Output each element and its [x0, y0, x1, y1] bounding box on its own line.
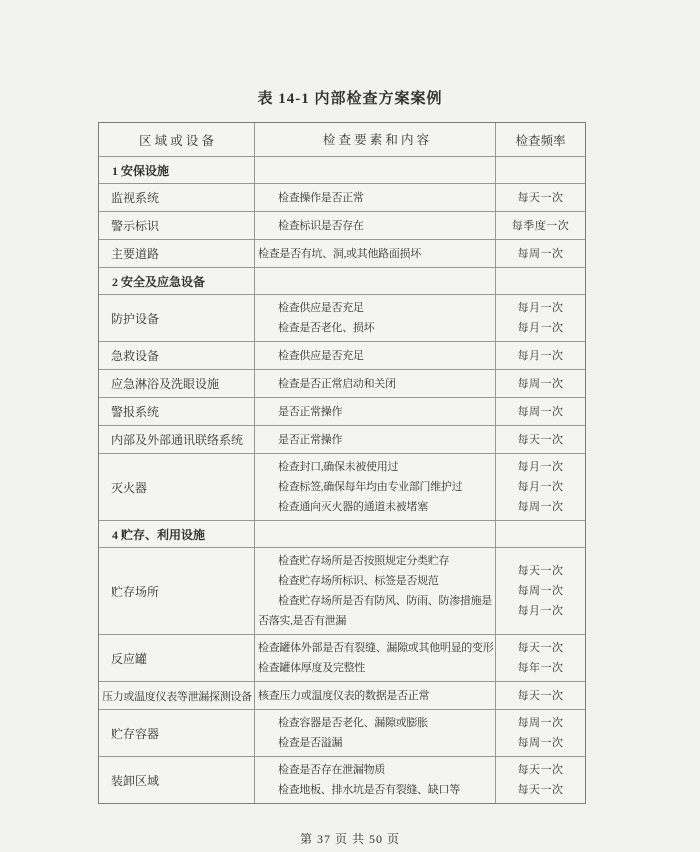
- frequency-line: 每季度一次: [512, 216, 570, 236]
- header-cell-content: 检 查 要 素 和 内 容: [323, 130, 429, 150]
- content-cell: 检查供应是否充足检查是否老化、损坏: [255, 295, 496, 341]
- frequency-line: 每周一次: [518, 581, 564, 601]
- content-cell: 检查封口,确保未被使用过检查标签,确保每年均由专业部门维护过检查通向灭火器的通道…: [255, 454, 496, 520]
- table-row: 贮存场所检查贮存场所是否按照规定分类贮存检查贮存场所标识、标签是否规范检查贮存场…: [99, 547, 585, 634]
- header-cell-frequency: 检查频率: [496, 123, 585, 156]
- frequency-line: 每月一次: [518, 346, 564, 366]
- area-cell: 贮存场所: [99, 548, 255, 634]
- frequency-line: 每周一次: [518, 402, 564, 422]
- area-cell: 防护设备: [99, 295, 255, 341]
- content-line: 检查容器是否老化、漏隙或膨胀: [258, 713, 494, 733]
- frequency-line: 每月一次: [518, 601, 564, 621]
- table-row: 灭火器检查封口,确保未被使用过检查标签,确保每年均由专业部门维护过检查通向灭火器…: [99, 453, 585, 520]
- area-cell: 急救设备: [99, 342, 255, 369]
- content-line: 检查通向灭火器的通道未被堵塞: [258, 497, 494, 517]
- content-line: 检查是否正常启动和关闭: [258, 374, 494, 394]
- frequency-cell: [496, 521, 585, 547]
- table-row: 警示标识检查标识是否存在每季度一次: [99, 211, 585, 239]
- content-line: 检查贮存场所是否有防风、防雨、防渗措施是否落实,是否有泄漏: [258, 591, 494, 631]
- table-row: 装卸区域检查是否存在泄漏物质检查地板、排水坑是否有裂缝、缺口等每天一次每天一次: [99, 756, 585, 803]
- content-cell: 是否正常操作: [255, 398, 496, 425]
- content-line: 检查地板、排水坑是否有裂缝、缺口等: [258, 780, 494, 800]
- content-cell: 检查是否存在泄漏物质检查地板、排水坑是否有裂缝、缺口等: [255, 757, 496, 803]
- content-line: 检查是否老化、损坏: [258, 318, 494, 338]
- frequency-cell: 每周一次: [496, 370, 585, 397]
- frequency-cell: 每周一次每周一次: [496, 710, 585, 756]
- content-cell: 检查供应是否充足: [255, 342, 496, 369]
- frequency-cell: 每天一次: [496, 682, 585, 709]
- area-cell: 监视系统: [99, 184, 255, 211]
- table-row: 反应罐检查罐体外部是否有裂缝、漏隙或其他明显的变形检查罐体厚度及完整性每天一次每…: [99, 634, 585, 681]
- frequency-line: 每天一次: [518, 188, 564, 208]
- area-cell: 警报系统: [99, 398, 255, 425]
- content-line: 检查标签,确保每年均由专业部门维护过: [258, 477, 494, 497]
- area-cell: 反应罐: [99, 635, 255, 681]
- frequency-line: 每周一次: [518, 713, 564, 733]
- content-line: 检查是否有坑、洞,或其他路面损坏: [258, 244, 494, 264]
- section-label: 4 贮存、利用设施: [99, 521, 255, 547]
- frequency-cell: 每周一次: [496, 240, 585, 267]
- table-header-row: 区 域 或 设 备 检 查 要 素 和 内 容 检查频率: [99, 123, 585, 156]
- content-cell: 检查标识是否存在: [255, 212, 496, 239]
- content-line: 是否正常操作: [258, 402, 494, 422]
- content-cell: 核查压力或温度仪表的数据是否正常: [255, 682, 496, 709]
- area-cell: 压力或温度仪表等泄漏探测设备: [99, 682, 255, 709]
- content-cell: 检查贮存场所是否按照规定分类贮存检查贮存场所标识、标签是否规范检查贮存场所是否有…: [255, 548, 496, 634]
- frequency-cell: [496, 268, 585, 294]
- frequency-line: 每月一次: [518, 457, 564, 477]
- frequency-line: 每天一次: [518, 780, 564, 800]
- content-line: 检查标识是否存在: [258, 216, 494, 236]
- area-cell: 警示标识: [99, 212, 255, 239]
- table-row: 压力或温度仪表等泄漏探测设备核查压力或温度仪表的数据是否正常每天一次: [99, 681, 585, 709]
- table-row: 警报系统是否正常操作每周一次: [99, 397, 585, 425]
- content-cell: 检查容器是否老化、漏隙或膨胀检查是否溢漏: [255, 710, 496, 756]
- area-cell: 灭火器: [99, 454, 255, 520]
- frequency-cell: 每季度一次: [496, 212, 585, 239]
- content-cell: [255, 521, 496, 547]
- table-row: 监视系统检查操作是否正常每天一次: [99, 183, 585, 211]
- content-line: 检查封口,确保未被使用过: [258, 457, 494, 477]
- frequency-cell: [496, 157, 585, 183]
- section-row: 4 贮存、利用设施: [99, 520, 585, 547]
- content-line: 检查罐体厚度及完整性: [258, 658, 494, 678]
- content-cell: [255, 157, 496, 183]
- frequency-cell: 每天一次: [496, 426, 585, 453]
- frequency-line: 每月一次: [518, 298, 564, 318]
- table-row: 应急淋浴及洗眼设施检查是否正常启动和关闭每周一次: [99, 369, 585, 397]
- table-row: 内部及外部通讯联络系统是否正常操作每天一次: [99, 425, 585, 453]
- frequency-line: 每天一次: [518, 430, 564, 450]
- section-label: 2 安全及应急设备: [99, 268, 255, 294]
- table-row: 主要道路检查是否有坑、洞,或其他路面损坏每周一次: [99, 239, 585, 267]
- frequency-line: 每周一次: [518, 733, 564, 753]
- frequency-cell: 每天一次每天一次: [496, 757, 585, 803]
- frequency-cell: 每天一次每年一次: [496, 635, 585, 681]
- frequency-line: 每月一次: [518, 477, 564, 497]
- header-cell-area: 区 域 或 设 备: [99, 123, 255, 156]
- content-line: 检查罐体外部是否有裂缝、漏隙或其他明显的变形: [258, 638, 494, 658]
- frequency-cell: 每月一次: [496, 342, 585, 369]
- frequency-line: 每天一次: [518, 638, 564, 658]
- area-cell: 内部及外部通讯联络系统: [99, 426, 255, 453]
- area-cell: 应急淋浴及洗眼设施: [99, 370, 255, 397]
- frequency-line: 每周一次: [518, 497, 564, 517]
- frequency-line: 每天一次: [518, 760, 564, 780]
- frequency-cell: 每周一次: [496, 398, 585, 425]
- content-line: 核查压力或温度仪表的数据是否正常: [258, 686, 494, 706]
- frequency-cell: 每月一次每月一次每周一次: [496, 454, 585, 520]
- table-row: 贮存容器检查容器是否老化、漏隙或膨胀检查是否溢漏每周一次每周一次: [99, 709, 585, 756]
- page-footer: 第 37 页 共 50 页: [0, 830, 700, 847]
- content-line: 是否正常操作: [258, 430, 494, 450]
- area-cell: 主要道路: [99, 240, 255, 267]
- content-cell: [255, 268, 496, 294]
- frequency-line: 每年一次: [518, 658, 564, 678]
- page-title: 表 14-1 内部检查方案案例: [0, 87, 700, 108]
- frequency-line: 每周一次: [518, 374, 564, 394]
- table-row: 防护设备检查供应是否充足检查是否老化、损坏每月一次每月一次: [99, 294, 585, 341]
- content-cell: 检查是否有坑、洞,或其他路面损坏: [255, 240, 496, 267]
- area-cell: 装卸区域: [99, 757, 255, 803]
- content-line: 检查贮存场所是否按照规定分类贮存: [258, 551, 494, 571]
- content-line: 检查是否存在泄漏物质: [258, 760, 494, 780]
- content-cell: 是否正常操作: [255, 426, 496, 453]
- content-cell: 检查操作是否正常: [255, 184, 496, 211]
- area-cell: 贮存容器: [99, 710, 255, 756]
- inspection-table: 区 域 或 设 备 检 查 要 素 和 内 容 检查频率 1 安保设施监视系统检…: [98, 122, 586, 804]
- content-line: 检查贮存场所标识、标签是否规范: [258, 571, 494, 591]
- section-row: 2 安全及应急设备: [99, 267, 585, 294]
- content-cell: 检查是否正常启动和关闭: [255, 370, 496, 397]
- frequency-line: 每月一次: [518, 318, 564, 338]
- content-line: 检查操作是否正常: [258, 188, 494, 208]
- frequency-cell: 每天一次每周一次每月一次: [496, 548, 585, 634]
- content-line: 检查供应是否充足: [258, 298, 494, 318]
- table-row: 急救设备检查供应是否充足每月一次: [99, 341, 585, 369]
- frequency-cell: 每月一次每月一次: [496, 295, 585, 341]
- frequency-line: 每周一次: [518, 244, 564, 264]
- content-line: 检查供应是否充足: [258, 346, 494, 366]
- section-row: 1 安保设施: [99, 156, 585, 183]
- section-label: 1 安保设施: [99, 157, 255, 183]
- frequency-line: 每天一次: [518, 561, 564, 581]
- content-line: 检查是否溢漏: [258, 733, 494, 753]
- frequency-line: 每天一次: [518, 686, 564, 706]
- frequency-cell: 每天一次: [496, 184, 585, 211]
- content-cell: 检查罐体外部是否有裂缝、漏隙或其他明显的变形检查罐体厚度及完整性: [255, 635, 496, 681]
